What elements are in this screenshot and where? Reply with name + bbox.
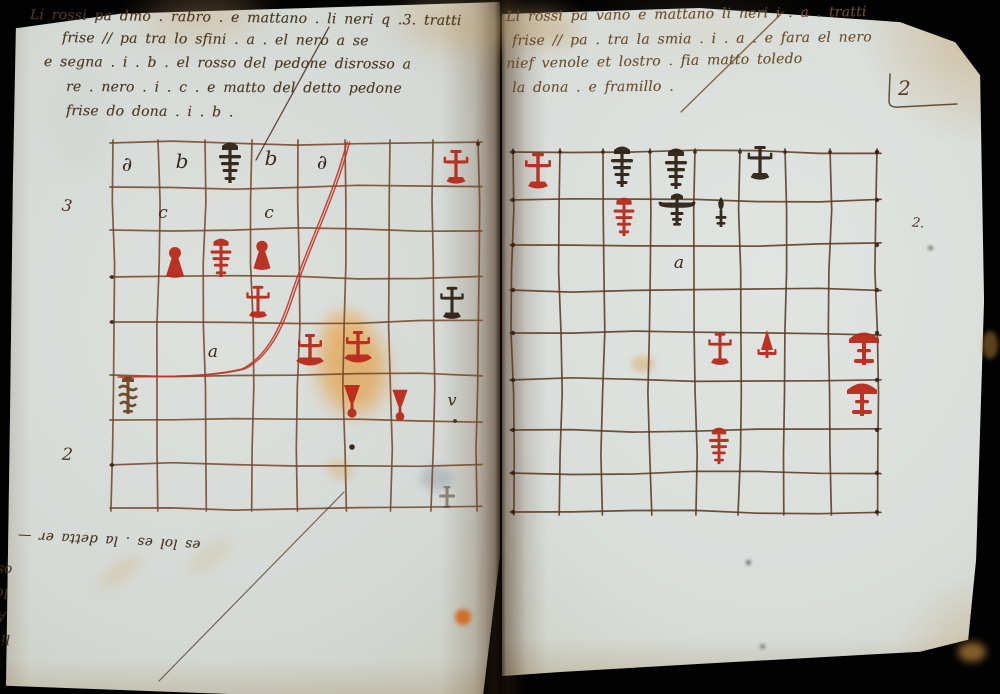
left-margin-numeral-2: 2 bbox=[61, 445, 73, 466]
right-page bbox=[497, 6, 994, 678]
right-text-line-4: la dona . e framillo . bbox=[512, 79, 792, 96]
left-text-line-4: re . nero . i . c . e matto del detto pe… bbox=[66, 80, 496, 97]
manuscript-photo: Li rossi pa dmo . rabro . e mattano . li… bbox=[0, 0, 1000, 694]
stain bbox=[958, 642, 986, 662]
stain bbox=[982, 331, 998, 359]
left-text-line-5: frise do dona . i . b . bbox=[66, 104, 296, 121]
inverted-note-line-3: lo ails . va . el alsiod l innegode gla … bbox=[0, 573, 8, 600]
right-margin-numeral-2: 2. bbox=[911, 215, 925, 231]
left-text-line-3: e segna . i . b . el rosso del pedone di… bbox=[44, 55, 496, 73]
folio-page-number: 2 bbox=[898, 76, 911, 100]
